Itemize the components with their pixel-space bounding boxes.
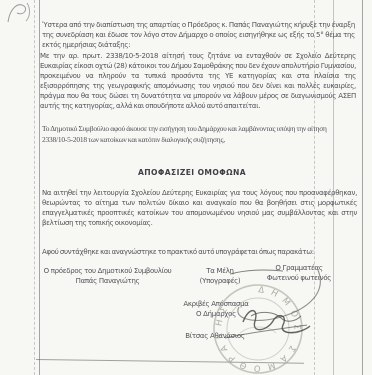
members-title: Τα Μέλη	[194, 267, 246, 277]
president-title: Ο πρόεδρος του Δημοτικού Συμβουλίου	[20, 267, 195, 277]
president-name: Παπάς Παναγιώτης	[20, 277, 195, 287]
decision-heading: ΑΠΟΦΑΣΙΖΕΙ ΟΜΟΦΩΝΑ	[42, 168, 342, 177]
scanned-document-page: Ύστερα από την διαπίστωση της απαρτίας ο…	[0, 0, 372, 375]
mayor-name-block: Βίτσας Αθανάσιος	[165, 332, 265, 342]
paragraph-decision: Να αιτηθεί την λειτουργία Σχολείου Δεύτε…	[42, 188, 357, 228]
paragraph-request: Με την αρ. πρωτ. 2338/10-5-2018 αίτησή τ…	[40, 51, 356, 111]
table-rule-right-outer	[362, 0, 363, 375]
mayor-name: Βίτσας Αθανάσιος	[165, 332, 265, 342]
members-note: (Υπογραφές)	[194, 277, 246, 287]
certification-block: Ακριβές Απόσπασμα Ο Δήμαρχος	[162, 300, 270, 319]
paragraph-opening: Ύστερα από την διαπίστωση της απαρτίας ο…	[42, 20, 355, 50]
members-signature-block: Τα Μέλη (Υπογραφές)	[194, 267, 246, 286]
mayor-title: Ο Δήμαρχος	[162, 310, 270, 320]
president-signature-block: Ο πρόεδρος του Δημοτικού Συμβουλίου Παπά…	[20, 267, 195, 286]
paragraph-closing: Αφού συντάχθηκε και αναγνώστηκε το πρακτ…	[42, 247, 360, 257]
secretary-title: Ο Γραμματέας	[260, 264, 338, 274]
svg-text:ΔΗΜΟΣ ΣΑΜΟΘΡΑΚΗΣ: ΔΗΜΟΣ ΣΑΜΟΘΡΑΚΗΣ	[214, 285, 302, 373]
paragraph-council: Το Δημοτικό Συμβούλιο αφού άκουσε την ει…	[42, 124, 342, 146]
table-rule-left-dashed	[34, 0, 35, 375]
table-rule-bottom	[36, 359, 304, 364]
secretary-signature-block: Ο Γραμματέας Φωτεινού φωτεινός	[260, 264, 338, 283]
secretary-name: Φωτεινού φωτεινός	[260, 274, 338, 284]
certified-copy-label: Ακριβές Απόσπασμα	[162, 300, 270, 310]
stamp-rim-text: ΔΗΜΟΣ ΣΑΜΟΘΡΑΚΗΣ	[214, 285, 302, 373]
handwritten-mark-icon	[2, 0, 44, 28]
